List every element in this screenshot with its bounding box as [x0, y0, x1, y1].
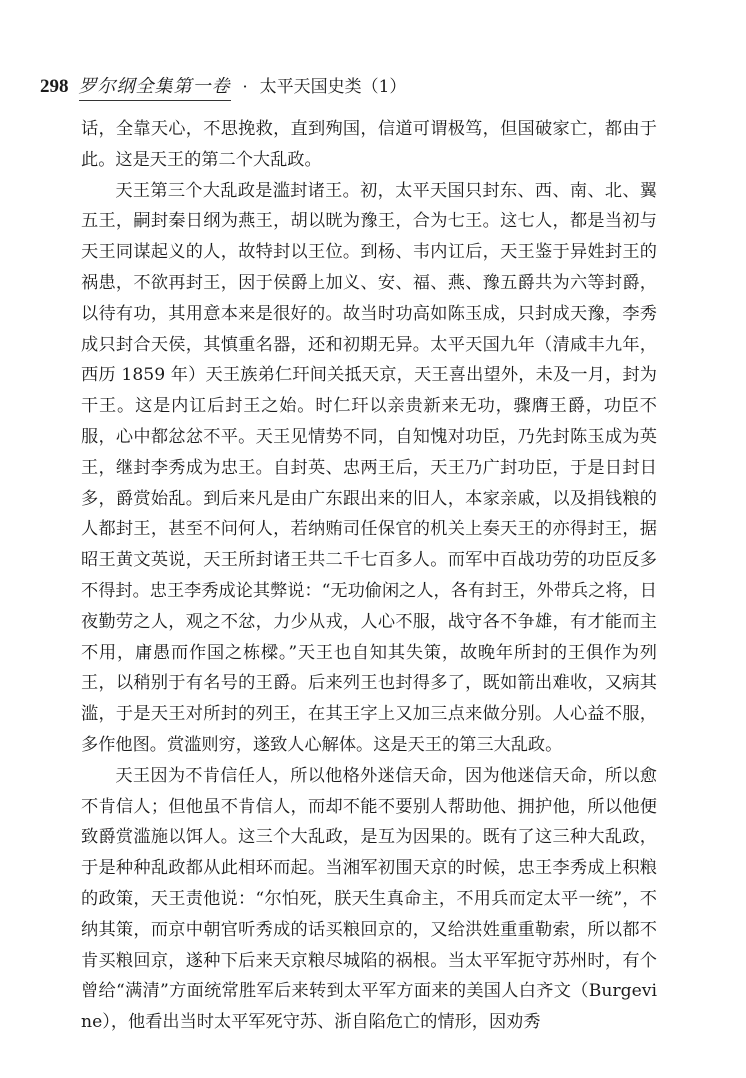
running-header: 298 罗尔纲全集第一卷 · 太平天国史类（1） [40, 72, 406, 98]
book-title: 罗尔纲全集第一卷 [79, 72, 231, 101]
header-separator: · [243, 77, 248, 96]
paragraph-1: 话，全靠天心，不思挽救，直到殉国，信道可谓极笃，但国破家亡，都由于此。这是天王的… [81, 114, 657, 176]
paragraph-2: 天王第三个大乱政是滥封诸王。初，太平天国只封东、西、南、北、翼五王，嗣封秦日纲为… [81, 176, 657, 761]
body-text: 话，全靠天心，不思挽救，直到殉国，信道可谓极笃，但国破家亡，都由于此。这是天王的… [81, 114, 657, 1038]
section-title: 太平天国史类（1） [260, 72, 407, 97]
page-number: 298 [40, 76, 69, 98]
paragraph-3: 天王因为不肯信任人，所以他格外迷信天命，因为他迷信天命，所以愈不肯信人；但他虽不… [81, 761, 657, 1038]
